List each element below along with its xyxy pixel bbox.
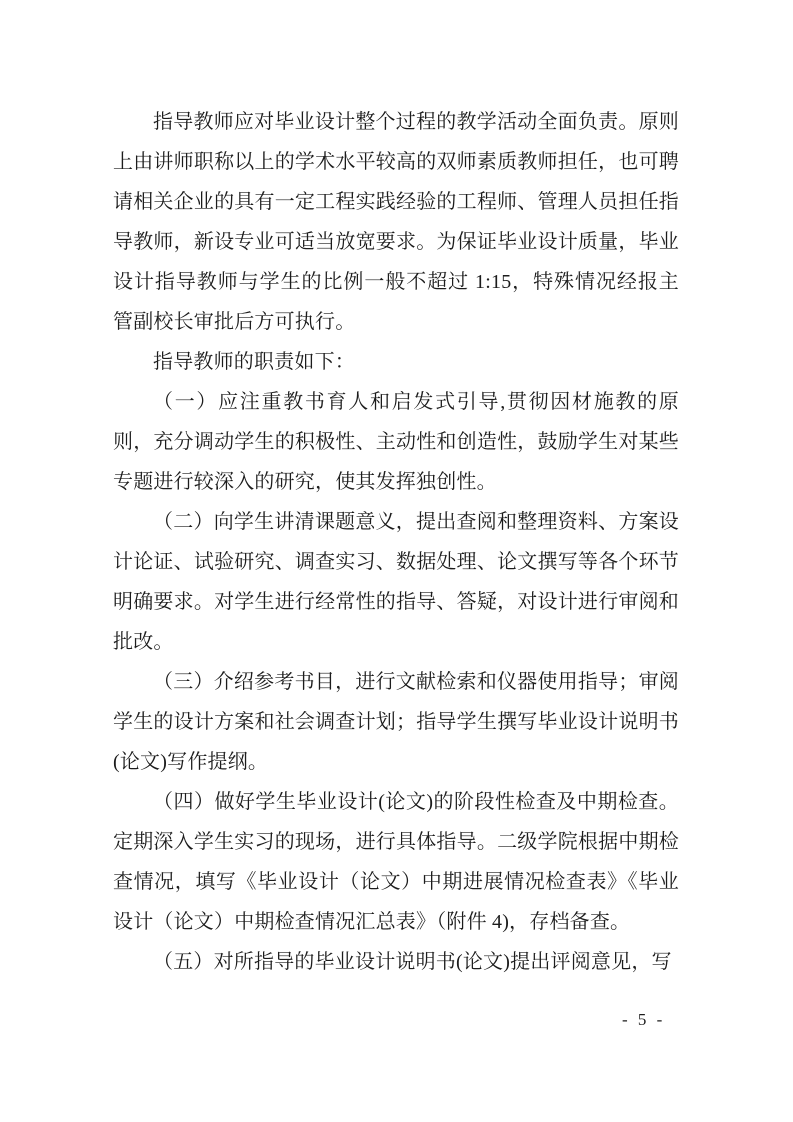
paragraph-duty-1: （一）应注重教书育人和启发式引导,贯彻因材施教的原则，充分调动学生的积极性、主动…: [113, 382, 679, 502]
paragraph-duties-heading: 指导教师的职责如下：: [113, 342, 679, 382]
paragraph-duty-4: （四）做好学生毕业设计(论文)的阶段性检查及中期检查。定期深入学生实习的现场，进…: [113, 782, 679, 942]
document-body: 指导教师应对毕业设计整个过程的教学活动全面负责。原则上由讲师职称以上的学术水平较…: [113, 102, 679, 982]
paragraph-duty-2: （二）向学生讲清课题意义，提出查阅和整理资料、方案设计论证、试验研究、调查实习、…: [113, 502, 679, 662]
paragraph-duty-5: （五）对所指导的毕业设计说明书(论文)提出评阅意见，写: [113, 942, 679, 982]
paragraph-advisor-overview: 指导教师应对毕业设计整个过程的教学活动全面负责。原则上由讲师职称以上的学术水平较…: [113, 102, 679, 342]
paragraph-duty-3: （三）介绍参考书目，进行文献检索和仪器使用指导；审阅学生的设计方案和社会调查计划…: [113, 662, 679, 782]
document-page: 指导教师应对毕业设计整个过程的教学活动全面负责。原则上由讲师职称以上的学术水平较…: [0, 0, 793, 1122]
page-number: - 5 -: [622, 1010, 665, 1030]
